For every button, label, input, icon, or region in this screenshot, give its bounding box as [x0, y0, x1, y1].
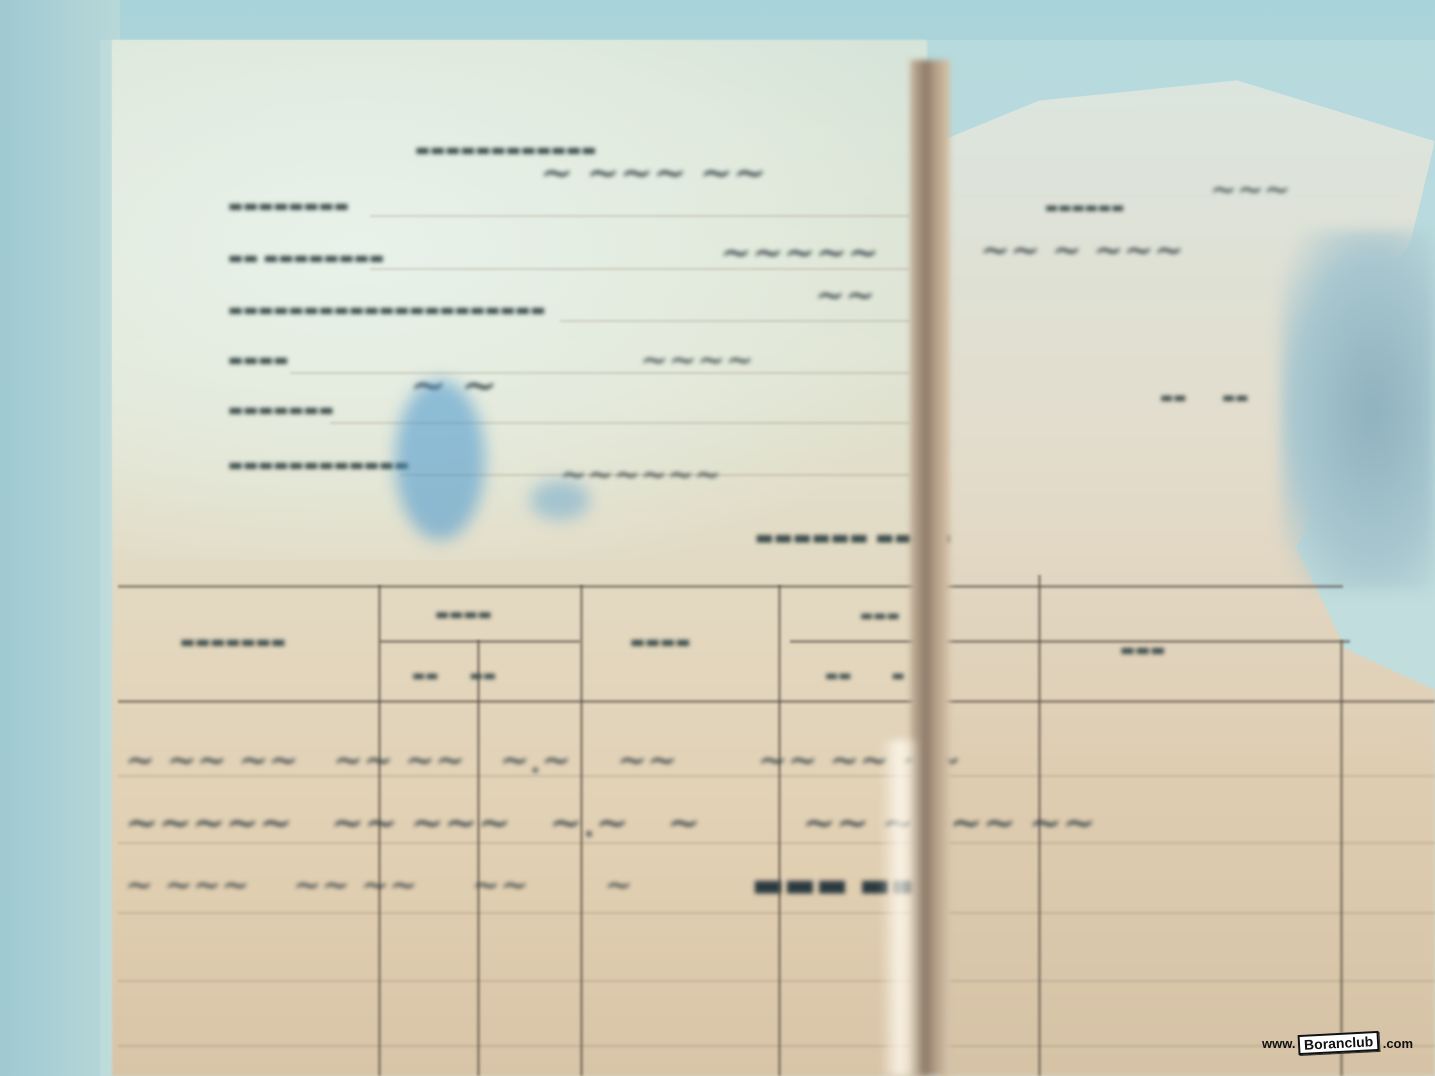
form-label-blurred: ▬▬▬▬▬▬ [1045, 200, 1124, 216]
table-header-blurred: ▬▬ ▬▬ [412, 668, 496, 684]
table-header-bottom [118, 700, 1435, 703]
form-fill-line [290, 372, 910, 374]
table-handwriting-blurred: ~~~~~ ~~ ~~~ ~.~ ~ ~~ ~~~~ ~~ [125, 800, 1096, 846]
table-header-blurred: ▬▬ ▬ [825, 668, 905, 684]
handwriting-blurred: ~~~~~ [720, 230, 879, 274]
table-header-blurred: ▬▬▬ [860, 608, 900, 624]
form-label-blurred: ▬▬▬▬ [228, 350, 288, 369]
table-handwriting-blurred: ~ ~~~ ~~ ~~ ~~ ~ ▬▬▬ ▬▬ [125, 865, 923, 905]
table-row-line [118, 1045, 1435, 1047]
torn-edge-shadow [1280, 230, 1435, 590]
table-border-top [118, 585, 1343, 588]
handwriting-blurred: ~~~ [1210, 170, 1290, 208]
watermark: www. Boranclub .com [1262, 1033, 1413, 1053]
handwriting-blurred: ~ ~~~ ~~ [540, 150, 767, 196]
form-label-blurred: ▬▬▬▬▬▬▬▬ [228, 196, 349, 215]
form-fill-line [560, 320, 910, 322]
table-handwriting-blurred: ~ ~~ ~~ ~~ ~~ ~.~ ~~ ~~ ~~ ~~ [125, 740, 961, 781]
table-row-line [118, 912, 1435, 914]
watermark-brand: Boranclub [1298, 1031, 1380, 1055]
table-header-blurred: ▬▬▬▬▬▬▬ [180, 632, 286, 651]
table-column-line [1340, 640, 1343, 1076]
table-column-line [477, 640, 480, 1076]
handwriting-blurred: ~~ ~ ~~~ [980, 230, 1184, 271]
table-header-divider [380, 640, 580, 643]
form-label-blurred: ▬▬▬▬▬▬▬ [228, 400, 334, 419]
form-label-blurred: ▬▬ ▬▬▬▬▬▬▬▬ [228, 248, 384, 267]
form-label-blurred: ▬▬ ▬▬ [1160, 390, 1249, 406]
table-row-line [118, 980, 1435, 982]
watermark-suffix: .com [1383, 1036, 1413, 1051]
form-label-blurred: ▬▬▬▬▬▬▬▬▬▬▬▬▬▬▬▬▬▬▬▬▬ [228, 300, 545, 319]
table-header-blurred: ▬▬▬ [1120, 640, 1165, 659]
handwriting-blurred: ~~~~ [640, 340, 754, 380]
form-label-blurred: ▬▬▬▬▬▬▬▬▬▬▬▬ [228, 455, 409, 474]
plastic-glare [880, 740, 920, 1076]
blue-ink-mark [395, 380, 485, 540]
table-header-blurred: ▬▬▬▬ [630, 632, 690, 651]
table-header-divider [790, 640, 1350, 643]
table-header-blurred: ▬▬▬▬ [435, 605, 492, 623]
watermark-prefix: www. [1262, 1036, 1295, 1051]
form-fill-line [370, 215, 910, 217]
handwriting-blurred: ~~ [815, 275, 875, 316]
blue-ink-mark [530, 480, 590, 520]
